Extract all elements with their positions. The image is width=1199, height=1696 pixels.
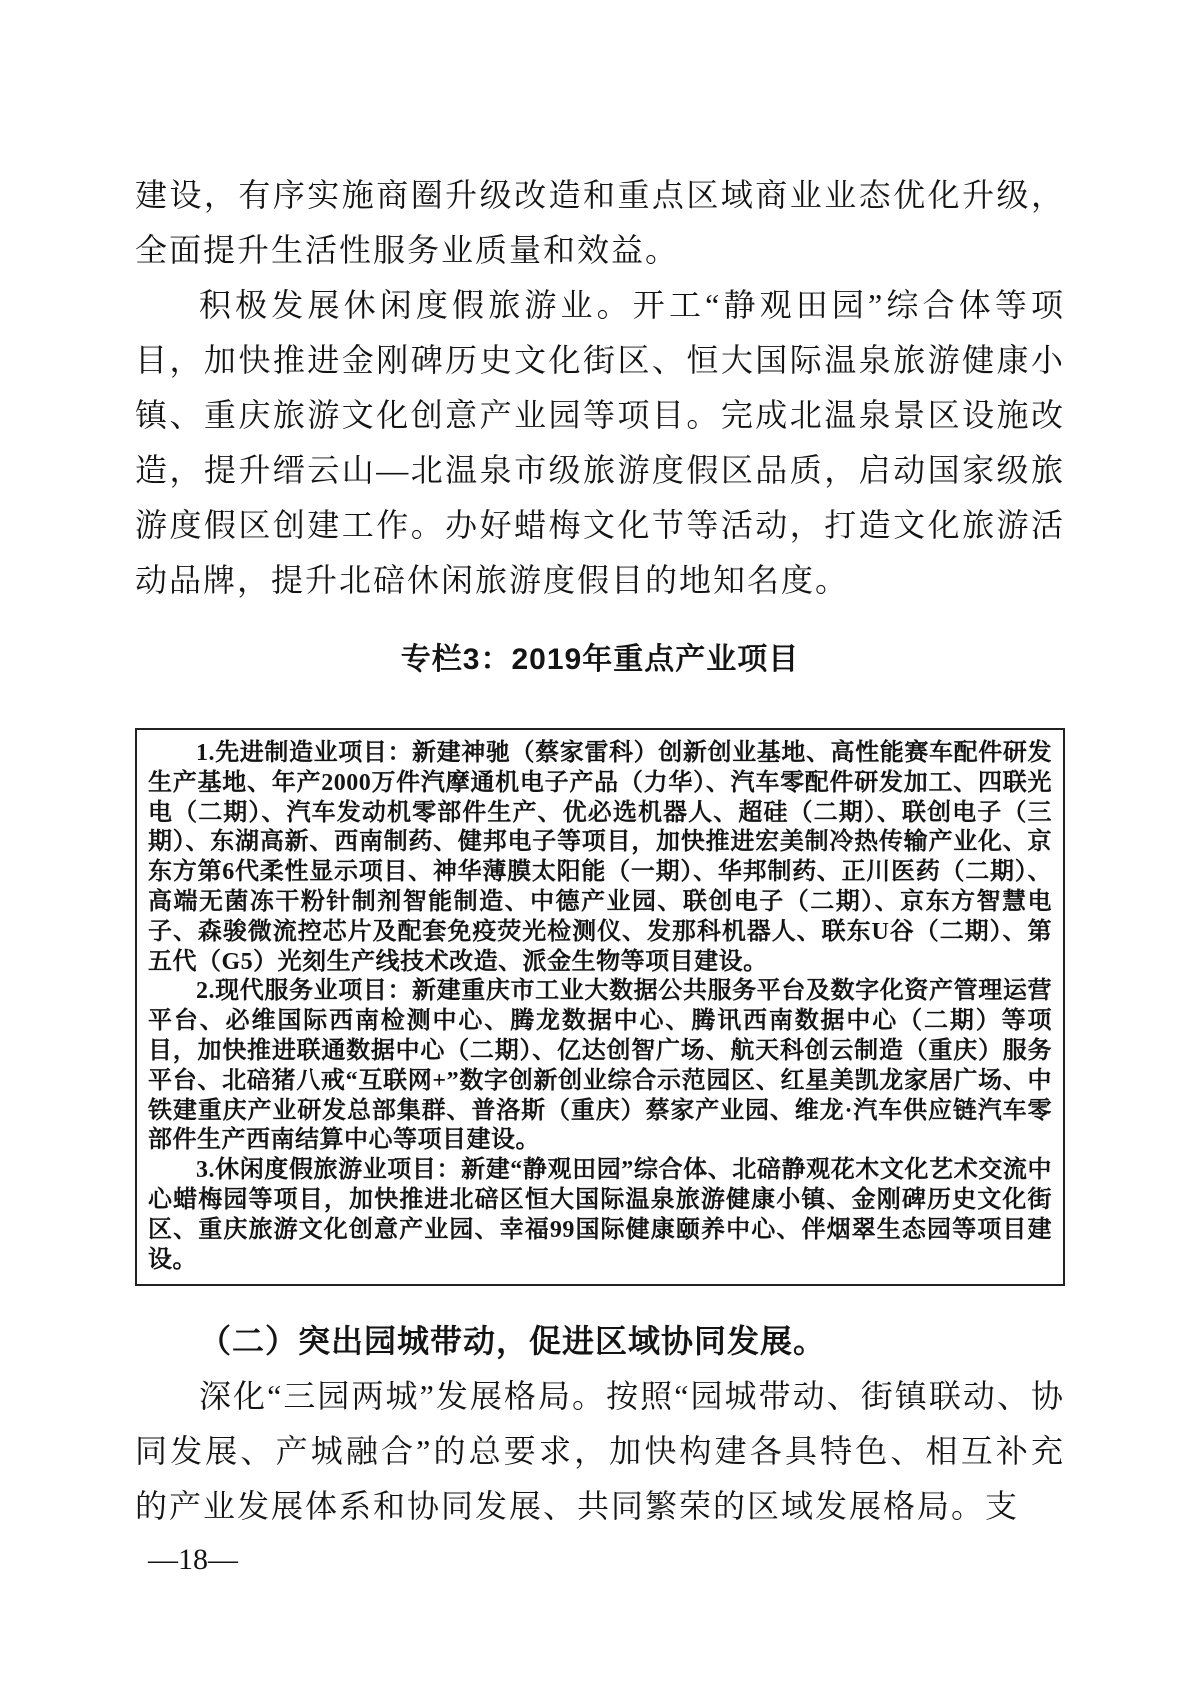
section-heading-two: （二）突出园城带动，促进区域协同发展。 <box>135 1314 1065 1369</box>
page-number: —18— <box>148 1540 238 1580</box>
document-page: 建设，有序实施商圈升级改造和重点区域商业业态优化升级，全面提升生活性服务业质量和… <box>135 168 1065 1534</box>
box-item-leisure-tourism: 3.休闲度假旅游业项目：新建“静观田园”综合体、北碚静观花木文化艺术交流中心蜡梅… <box>148 1156 1052 1275</box>
key-projects-box: 1.先进制造业项目：新建神驰（蔡家雷科）创新创业基地、高性能赛车配件研发生产基地… <box>135 728 1065 1286</box>
callout-box-title: 专栏3：2019年重点产业项目 <box>135 636 1065 684</box>
box-item-advanced-manufacturing: 1.先进制造业项目：新建神驰（蔡家雷科）创新创业基地、高性能赛车配件研发生产基地… <box>148 739 1052 977</box>
body-paragraph-tourism: 积极发展休闲度假旅游业。开工“静观田园”综合体等项目，加快推进金刚碑历史文化街区… <box>135 278 1065 608</box>
body-paragraph-continuation: 建设，有序实施商圈升级改造和重点区域商业业态优化升级，全面提升生活性服务业质量和… <box>135 168 1065 278</box>
box-item-modern-services: 2.现代服务业项目：新建重庆市工业大数据公共服务平台及数字化资产管理运营平台、必… <box>148 977 1052 1156</box>
body-paragraph-regional-development: 深化“三园两城”发展格局。按照“园城带动、街镇联动、协同发展、产城融合”的总要求… <box>135 1369 1065 1534</box>
